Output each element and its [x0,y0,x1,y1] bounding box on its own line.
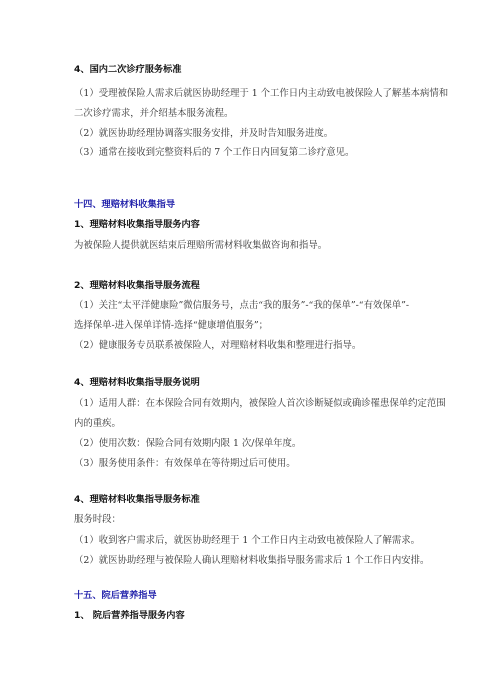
paragraph: （2）使用次数：保险合同有效期内限 1 次/保单年度。 [74,438,301,450]
paragraph: 服务时段： [74,514,121,526]
heading: 4、理赔材料收集指导服务说明 [74,377,200,389]
paragraph: （3）服务使用条件：有效保单在等待期过后可使用。 [74,458,296,470]
paragraph: （2）就医协助经理协调落实服务安排，并及时告知服务进度。 [74,128,333,140]
heading-domestic-second-opinion-standard: 4、国内二次诊疗服务标准 [74,64,181,76]
paragraph: 二次诊疗需求，并介绍基本服务流程。 [74,108,233,120]
paragraph: 选择保单-进入保单详情-选择“健康增值服务”； [74,320,268,332]
paragraph: （1）适用人群：在本保险合同有效期内，被保险人首次诊断疑似或确诊罹患保单约定范围 [74,398,446,410]
paragraph: （1）收到客户需求后，就医协助经理于 1 个工作日内主动致电被保险人了解需求。 [74,535,420,547]
heading: 4、理赔材料收集指导服务标准 [74,494,200,506]
paragraph: （1）关注“太平洋健康险”微信服务号，点击“我的服务”-“我的保单”-“有效保单… [74,300,409,312]
paragraph: （2）就医协助经理与被保险人确认理赔材料收集指导服务需求后 1 个工作日内安排。 [74,555,429,567]
heading: 2、理赔材料收集指导服务流程 [74,280,200,292]
heading: 1、理赔材料收集指导服务内容 [74,219,200,231]
paragraph: （3）通常在接收到完整资料后的 7 个工作日内回复第二诊疗意见。 [74,147,354,159]
paragraph: 内的重疾。 [74,418,121,430]
heading: 1、 院后营养指导服务内容 [74,610,185,622]
section-title-claims-materials: 十四、理赔材料收集指导 [74,199,175,211]
section-title-post-discharge-nutrition: 十五、院后营养指导 [74,590,157,602]
paragraph: （1）受理被保险人需求后就医协助经理于 1 个工作日内主动致电被保险人了解基本病… [74,88,448,100]
paragraph: （2）健康服务专员联系被保险人，对理赔材料收集和整理进行指导。 [74,340,361,352]
paragraph: 为被保险人提供就医结束后理赔所需材料收集做咨询和指导。 [74,240,327,252]
